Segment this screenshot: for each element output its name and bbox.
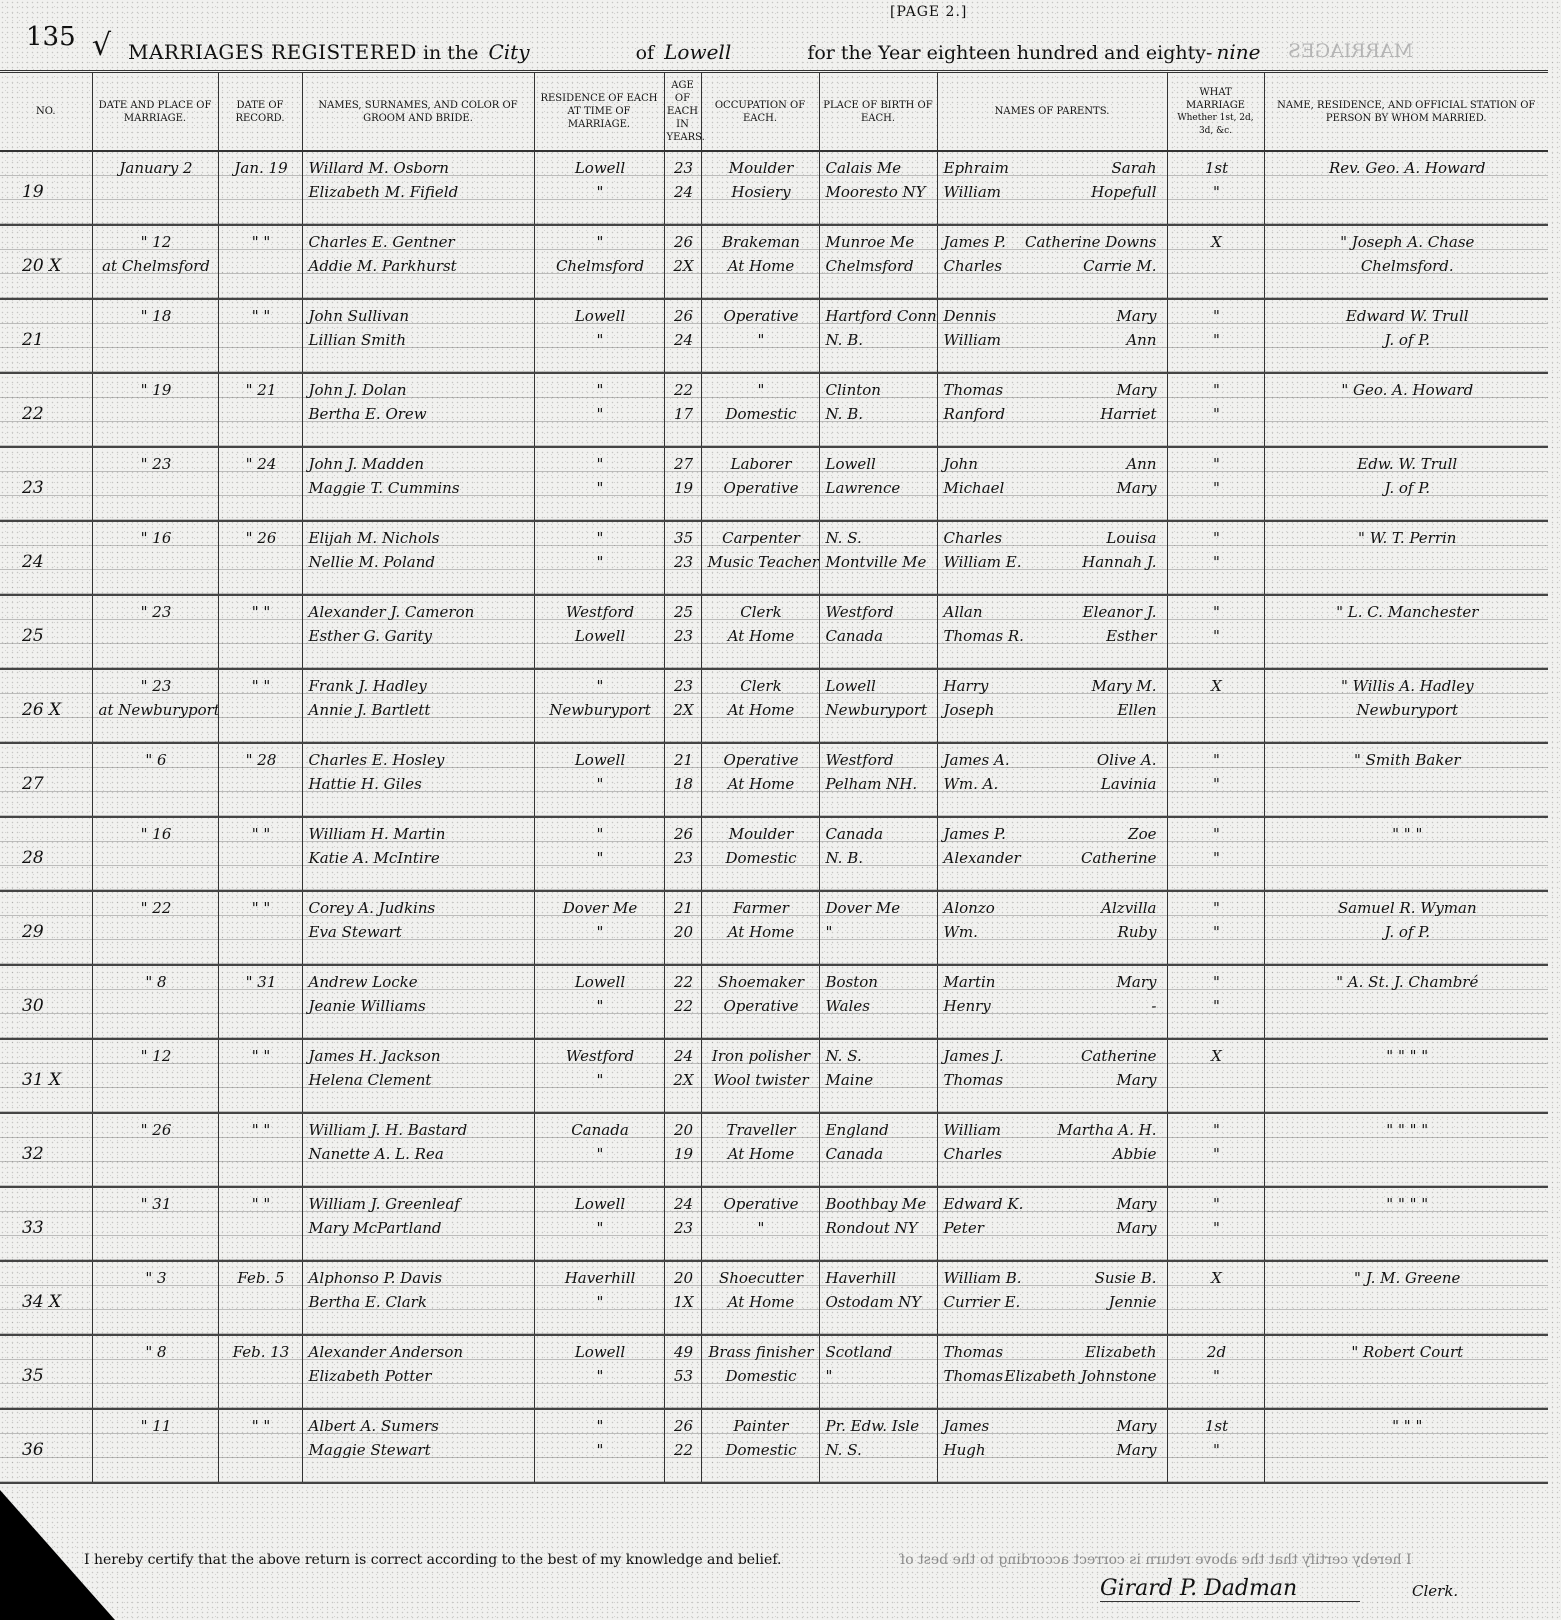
- marriage-ledger: No.Date and Place of Marriage.Date of Re…: [0, 70, 1561, 1484]
- groom-bride-names: Frank J. Hadley Annie J. Bartlett: [303, 670, 534, 722]
- table-row: 25 " 23 " " Alexander J. Cameron Esther …: [0, 595, 1548, 669]
- column-header: Age of each in years.: [664, 72, 701, 152]
- occupations: Laborer Operative: [702, 448, 819, 500]
- column-header-label: No.: [36, 106, 56, 117]
- marriage-date-place: " 22: [93, 892, 218, 920]
- record-number: 26 X: [0, 670, 92, 722]
- record-number: 19: [0, 152, 92, 204]
- marriage-date-place: " 31: [93, 1188, 218, 1216]
- occupations: Iron polisher Wool twister: [702, 1040, 819, 1092]
- residence: " ": [535, 374, 664, 426]
- parents-names: WilliamMartha A. H. CharlesAbbie: [938, 1114, 1167, 1166]
- officiant: " J. M. Greene: [1265, 1262, 1549, 1290]
- groom-bride-names: Alphonso P. Davis Bertha E. Clark: [303, 1262, 534, 1314]
- ages: 49 53: [665, 1336, 701, 1388]
- record-number: 32: [0, 1114, 92, 1166]
- marriage-order: " ": [1168, 1114, 1264, 1166]
- record-date: " 24: [219, 448, 302, 476]
- ages: 26 23: [665, 818, 701, 870]
- marriage-order: 2d ": [1168, 1336, 1264, 1388]
- groom-bride-names: William H. Martin Katie A. McIntire: [303, 818, 534, 870]
- groom-bride-names: William J. Greenleaf Mary McPartland: [303, 1188, 534, 1240]
- residence: Lowell ": [535, 1336, 664, 1388]
- record-date: " ": [219, 1040, 302, 1068]
- column-header-label: Residence of each at time of Marriage.: [540, 93, 657, 130]
- marriage-order: X: [1168, 1040, 1264, 1068]
- ages: 27 19: [665, 448, 701, 500]
- marriage-order: " ": [1168, 300, 1264, 352]
- marriage-order: X: [1168, 1262, 1264, 1290]
- page-number: 135: [26, 22, 76, 52]
- birthplaces: Hartford Conn N. B.: [820, 300, 937, 352]
- marriage-date-place: " 23 at Newburyport: [93, 670, 218, 722]
- column-header: No.: [0, 72, 92, 152]
- officiant: Rev. Geo. A. Howard: [1265, 152, 1549, 180]
- table-row: 31 X " 12 " " James H. Jackson Helena Cl…: [0, 1039, 1548, 1113]
- record-number: 30: [0, 966, 92, 1018]
- groom-bride-names: Corey A. Judkins Eva Stewart: [303, 892, 534, 944]
- officiant: " " ": [1265, 818, 1549, 846]
- marriage-order: " ": [1168, 744, 1264, 796]
- record-date: " ": [219, 596, 302, 624]
- occupations: Moulder Hosiery: [702, 152, 819, 204]
- parents-names: James A.Olive A. Wm. A.Lavinia: [938, 744, 1167, 796]
- marriage-table: No.Date and Place of Marriage.Date of Re…: [0, 70, 1548, 1484]
- marriage-order: X: [1168, 226, 1264, 254]
- record-date: " ": [219, 226, 302, 254]
- occupations: Operative At Home: [702, 744, 819, 796]
- record-number: 31 X: [0, 1040, 92, 1092]
- birthplaces: Pr. Edw. Isle N. S.: [820, 1410, 937, 1462]
- residence: Canada ": [535, 1114, 664, 1166]
- column-header: Date and Place of Marriage.: [92, 72, 218, 152]
- record-date: " ": [219, 1188, 302, 1216]
- parents-names: AlonzoAlzvilla Wm.Ruby: [938, 892, 1167, 944]
- column-header-label: What Marriage: [1186, 87, 1245, 111]
- record-number: 27: [0, 744, 92, 796]
- parents-names: James P.Catherine Downs CharlesCarrie M.: [938, 226, 1167, 278]
- marriage-order: " ": [1168, 522, 1264, 574]
- marriage-order: " ": [1168, 374, 1264, 426]
- municipality-type: City: [484, 40, 533, 64]
- residence: Haverhill ": [535, 1262, 664, 1314]
- table-row: 29 " 22 " " Corey A. Judkins Eva Stewart…: [0, 891, 1548, 965]
- residence: Lowell ": [535, 152, 664, 204]
- groom-bride-names: Willard M. Osborn Elizabeth M. Fifield: [303, 152, 534, 204]
- certification-footer: I hereby certify that the above return i…: [0, 1530, 1561, 1620]
- marriage-date-place: January 2: [93, 152, 218, 180]
- marriage-date-place: " 18: [93, 300, 218, 328]
- occupations: Painter Domestic: [702, 1410, 819, 1462]
- record-date: " ": [219, 670, 302, 698]
- birthplaces: Haverhill Ostodam NY: [820, 1262, 937, 1314]
- groom-bride-names: John J. Madden Maggie T. Cummins: [303, 448, 534, 500]
- record-date: " ": [219, 1410, 302, 1438]
- officiant: " Robert Court: [1265, 1336, 1549, 1364]
- table-row: 36 " 11 " " Albert A. Sumers Maggie Stew…: [0, 1409, 1548, 1483]
- birthplaces: Boston Wales: [820, 966, 937, 1018]
- residence: " Chelmsford: [535, 226, 664, 278]
- marriage-date-place: " 3: [93, 1262, 218, 1290]
- clerk-signature: Girard P. Dadman: [1100, 1576, 1360, 1602]
- certification-text: I hereby certify that the above return i…: [84, 1552, 781, 1568]
- column-header-label: Age of each in years.: [667, 80, 705, 143]
- record-number: 33: [0, 1188, 92, 1240]
- mirrored-bleed-certification: I hereby certify that the above return i…: [900, 1552, 1412, 1568]
- marriage-order: " ": [1168, 892, 1264, 944]
- officiant: " Smith Baker: [1265, 744, 1549, 772]
- marriage-date-place: " 16: [93, 522, 218, 550]
- record-number: 34 X: [0, 1262, 92, 1314]
- column-header-label: Place of Birth of each.: [823, 100, 932, 124]
- birthplaces: Calais Me Mooresto NY: [820, 152, 937, 204]
- occupations: Brakeman At Home: [702, 226, 819, 278]
- occupations: " Domestic: [702, 374, 819, 426]
- ages: 22 17: [665, 374, 701, 426]
- officiant: " " " ": [1265, 1040, 1549, 1068]
- groom-bride-names: Charles E. Hosley Hattie H. Giles: [303, 744, 534, 796]
- occupations: Brass finisher Domestic: [702, 1336, 819, 1388]
- residence: Westford Lowell: [535, 596, 664, 648]
- birthplaces: Lowell Newburyport: [820, 670, 937, 722]
- record-number: 23: [0, 448, 92, 500]
- record-number: 28: [0, 818, 92, 870]
- residence: " Newburyport: [535, 670, 664, 722]
- marriage-date-place: " 19: [93, 374, 218, 402]
- marriage-date-place: " 26: [93, 1114, 218, 1142]
- birthplaces: N. S. Montville Me: [820, 522, 937, 574]
- title-prefix: MARRIAGES REGISTERED: [128, 40, 417, 64]
- officiant: Edward W. Trull J. of P.: [1265, 300, 1549, 352]
- residence: Lowell ": [535, 300, 664, 352]
- year-suffix: nine: [1212, 40, 1264, 64]
- officiant: " Willis A. Hadley Newburyport: [1265, 670, 1549, 722]
- residence: Lowell ": [535, 1188, 664, 1240]
- officiant: " L. C. Manchester: [1265, 596, 1549, 624]
- residence: " ": [535, 818, 664, 870]
- parents-names: CharlesLouisa William E.Hannah J.: [938, 522, 1167, 574]
- birthplaces: Munroe Me Chelmsford: [820, 226, 937, 278]
- birthplaces: Clinton N. B.: [820, 374, 937, 426]
- record-date: Jan. 19: [219, 152, 302, 180]
- officiant: Edw. W. Trull J. of P.: [1265, 448, 1549, 500]
- column-header: Occupation of each.: [701, 72, 819, 152]
- occupations: Shoemaker Operative: [702, 966, 819, 1018]
- occupations: Carpenter Music Teacher: [702, 522, 819, 574]
- column-header: Name, Residence, and Official Station of…: [1264, 72, 1548, 152]
- table-row: 28 " 16 " " William H. Martin Katie A. M…: [0, 817, 1548, 891]
- marriage-date-place: " 6: [93, 744, 218, 772]
- title-in-the: in the: [423, 42, 478, 64]
- check-mark: √: [92, 28, 111, 63]
- table-row: 32 " 26 " " William J. H. Bastard Nanett…: [0, 1113, 1548, 1187]
- birthplaces: Westford Pelham NH.: [820, 744, 937, 796]
- table-row: 20 X " 12 at Chelmsford " " Charles E. G…: [0, 225, 1548, 299]
- ages: 23 2X: [665, 670, 701, 722]
- column-header-sublabel: Whether 1st, 2d, 3d, &c.: [1170, 112, 1262, 138]
- ages: 22 22: [665, 966, 701, 1018]
- column-header-label: Names, Surnames, and Color of Groom and …: [318, 100, 517, 124]
- residence: " ": [535, 448, 664, 500]
- residence: Westford ": [535, 1040, 664, 1092]
- parents-names: James P.Zoe AlexanderCatherine: [938, 818, 1167, 870]
- ages: 26 22: [665, 1410, 701, 1462]
- residence: " ": [535, 522, 664, 574]
- parents-names: JamesMary HughMary: [938, 1410, 1167, 1462]
- parents-names: DennisMary WilliamAnn: [938, 300, 1167, 352]
- table-row: 22 " 19 " 21 John J. Dolan Bertha E. Ore…: [0, 373, 1548, 447]
- table-row: 26 X " 23 at Newburyport " " Frank J. Ha…: [0, 669, 1548, 743]
- marriage-order: " ": [1168, 596, 1264, 648]
- column-header: Date of Record.: [218, 72, 302, 152]
- table-row: 23 " 23 " 24 John J. Madden Maggie T. Cu…: [0, 447, 1548, 521]
- marriage-order: " ": [1168, 966, 1264, 1018]
- residence: Dover Me ": [535, 892, 664, 944]
- title-of: of: [636, 42, 654, 64]
- groom-bride-names: Alexander Anderson Elizabeth Potter: [303, 1336, 534, 1388]
- residence: Lowell ": [535, 966, 664, 1018]
- record-date: " 26: [219, 522, 302, 550]
- record-number: 22: [0, 374, 92, 426]
- record-number: 24: [0, 522, 92, 574]
- ages: 24 2X: [665, 1040, 701, 1092]
- ages: 26 2X: [665, 226, 701, 278]
- page-label: [PAGE 2.]: [890, 4, 967, 20]
- parents-names: EphraimSarah WilliamHopefull: [938, 152, 1167, 204]
- officiant: " " " ": [1265, 1114, 1549, 1142]
- column-header-row: No.Date and Place of Marriage.Date of Re…: [0, 72, 1548, 152]
- marriage-order: " ": [1168, 1188, 1264, 1240]
- table-row: 19 January 2 Jan. 19 Willard M. Osborn E…: [0, 151, 1548, 225]
- groom-bride-names: William J. H. Bastard Nanette A. L. Rea: [303, 1114, 534, 1166]
- parents-names: AllanEleanor J. Thomas R.Esther: [938, 596, 1167, 648]
- table-row: 24 " 16 " 26 Elijah M. Nichols Nellie M.…: [0, 521, 1548, 595]
- ages: 20 19: [665, 1114, 701, 1166]
- ages: 20 1X: [665, 1262, 701, 1314]
- occupations: Operative ": [702, 300, 819, 352]
- groom-bride-names: James H. Jackson Helena Clement: [303, 1040, 534, 1092]
- groom-bride-names: Alexander J. Cameron Esther G. Garity: [303, 596, 534, 648]
- record-date: Feb. 13: [219, 1336, 302, 1364]
- parents-names: ThomasElizabeth ThomasElizabeth Johnston…: [938, 1336, 1167, 1388]
- record-number: 29: [0, 892, 92, 944]
- birthplaces: Dover Me ": [820, 892, 937, 944]
- column-header: Names of Parents.: [937, 72, 1167, 152]
- officiant: " Geo. A. Howard: [1265, 374, 1549, 402]
- occupations: Clerk At Home: [702, 670, 819, 722]
- officiant: " W. T. Perrin: [1265, 522, 1549, 550]
- column-header-label: Date and Place of Marriage.: [99, 100, 212, 124]
- record-number: 21: [0, 300, 92, 352]
- record-date: " 28: [219, 744, 302, 772]
- groom-bride-names: Albert A. Sumers Maggie Stewart: [303, 1410, 534, 1462]
- record-date: " ": [219, 818, 302, 846]
- record-date: Feb. 5: [219, 1262, 302, 1290]
- groom-bride-names: Elijah M. Nichols Nellie M. Poland: [303, 522, 534, 574]
- table-row: 34 X " 3 Feb. 5 Alphonso P. Davis Bertha…: [0, 1261, 1548, 1335]
- marriage-order: 1st ": [1168, 1410, 1264, 1462]
- marriage-date-place: " 23: [93, 596, 218, 624]
- officiant: " Joseph A. Chase Chelmsford.: [1265, 226, 1549, 278]
- record-number: 35: [0, 1336, 92, 1388]
- parents-names: JohnAnn MichaelMary: [938, 448, 1167, 500]
- ages: 24 23: [665, 1188, 701, 1240]
- column-header-label: Date of Record.: [235, 100, 284, 124]
- birthplaces: Boothbay Me Rondout NY: [820, 1188, 937, 1240]
- record-number: 20 X: [0, 226, 92, 278]
- occupations: Traveller At Home: [702, 1114, 819, 1166]
- officiant: Samuel R. Wyman J. of P.: [1265, 892, 1549, 944]
- officiant: " " " ": [1265, 1188, 1549, 1216]
- clerk-title: Clerk.: [1412, 1582, 1458, 1600]
- marriage-order: X: [1168, 670, 1264, 698]
- residence: Lowell ": [535, 744, 664, 796]
- marriage-date-place: " 8: [93, 966, 218, 994]
- birthplaces: England Canada: [820, 1114, 937, 1166]
- title-year-text: for the Year eighteen hundred and eighty…: [807, 42, 1212, 64]
- table-row: 21 " 18 " " John Sullivan Lillian Smith …: [0, 299, 1548, 373]
- ages: 21 18: [665, 744, 701, 796]
- birthplaces: Westford Canada: [820, 596, 937, 648]
- parents-names: James J.Catherine ThomasMary: [938, 1040, 1167, 1092]
- record-date: " 21: [219, 374, 302, 402]
- ages: 26 24: [665, 300, 701, 352]
- occupations: Shoecutter At Home: [702, 1262, 819, 1314]
- marriage-date-place: " 16: [93, 818, 218, 846]
- marriage-order: 1st ": [1168, 152, 1264, 204]
- column-header: What MarriageWhether 1st, 2d, 3d, &c.: [1167, 72, 1264, 152]
- birthplaces: Scotland ": [820, 1336, 937, 1388]
- record-number: 36: [0, 1410, 92, 1462]
- ages: 35 23: [665, 522, 701, 574]
- ages: 25 23: [665, 596, 701, 648]
- residence: " ": [535, 1410, 664, 1462]
- marriage-date-place: " 12 at Chelmsford: [93, 226, 218, 278]
- marriage-date-place: " 8: [93, 1336, 218, 1364]
- groom-bride-names: John J. Dolan Bertha E. Orew: [303, 374, 534, 426]
- record-number: 25: [0, 596, 92, 648]
- municipality-name: Lowell: [660, 40, 735, 64]
- column-header-label: Occupation of each.: [715, 100, 805, 124]
- marriage-date-place: " 23: [93, 448, 218, 476]
- table-row: 27 " 6 " 28 Charles E. Hosley Hattie H. …: [0, 743, 1548, 817]
- table-row: 30 " 8 " 31 Andrew Locke Jeanie Williams…: [0, 965, 1548, 1039]
- officiant: " A. St. J. Chambré: [1265, 966, 1549, 994]
- parents-names: Edward K.Mary PeterMary: [938, 1188, 1167, 1240]
- officiant: " " ": [1265, 1410, 1549, 1438]
- marriage-order: " ": [1168, 448, 1264, 500]
- column-header: Residence of each at time of Marriage.: [534, 72, 664, 152]
- birthplaces: Canada N. B.: [820, 818, 937, 870]
- record-date: " ": [219, 300, 302, 328]
- occupations: Operative ": [702, 1188, 819, 1240]
- birthplaces: Lowell Lawrence: [820, 448, 937, 500]
- groom-bride-names: Charles E. Gentner Addie M. Parkhurst: [303, 226, 534, 278]
- birthplaces: N. S. Maine: [820, 1040, 937, 1092]
- column-header: Names, Surnames, and Color of Groom and …: [302, 72, 534, 152]
- column-header-label: Names of Parents.: [995, 106, 1110, 117]
- occupations: Clerk At Home: [702, 596, 819, 648]
- marriage-date-place: " 12: [93, 1040, 218, 1068]
- parents-names: William B.Susie B. Currier E.Jennie: [938, 1262, 1167, 1314]
- ages: 23 24: [665, 152, 701, 204]
- parents-names: MartinMary Henry-: [938, 966, 1167, 1018]
- record-date: " 31: [219, 966, 302, 994]
- groom-bride-names: Andrew Locke Jeanie Williams: [303, 966, 534, 1018]
- record-date: " ": [219, 892, 302, 920]
- parents-names: HarryMary M. JosephEllen: [938, 670, 1167, 722]
- occupations: Farmer At Home: [702, 892, 819, 944]
- marriage-date-place: " 11: [93, 1410, 218, 1438]
- groom-bride-names: John Sullivan Lillian Smith: [303, 300, 534, 352]
- table-row: 33 " 31 " " William J. Greenleaf Mary Mc…: [0, 1187, 1548, 1261]
- table-row: 35 " 8 Feb. 13 Alexander Anderson Elizab…: [0, 1335, 1548, 1409]
- ages: 21 20: [665, 892, 701, 944]
- marriage-order: " ": [1168, 818, 1264, 870]
- column-header-label: Name, Residence, and Official Station of…: [1277, 100, 1535, 124]
- column-header: Place of Birth of each.: [819, 72, 937, 152]
- occupations: Moulder Domestic: [702, 818, 819, 870]
- record-date: " ": [219, 1114, 302, 1142]
- parents-names: ThomasMary RanfordHarriet: [938, 374, 1167, 426]
- mirrored-bleed-title: MARRIAGES: [1288, 40, 1413, 62]
